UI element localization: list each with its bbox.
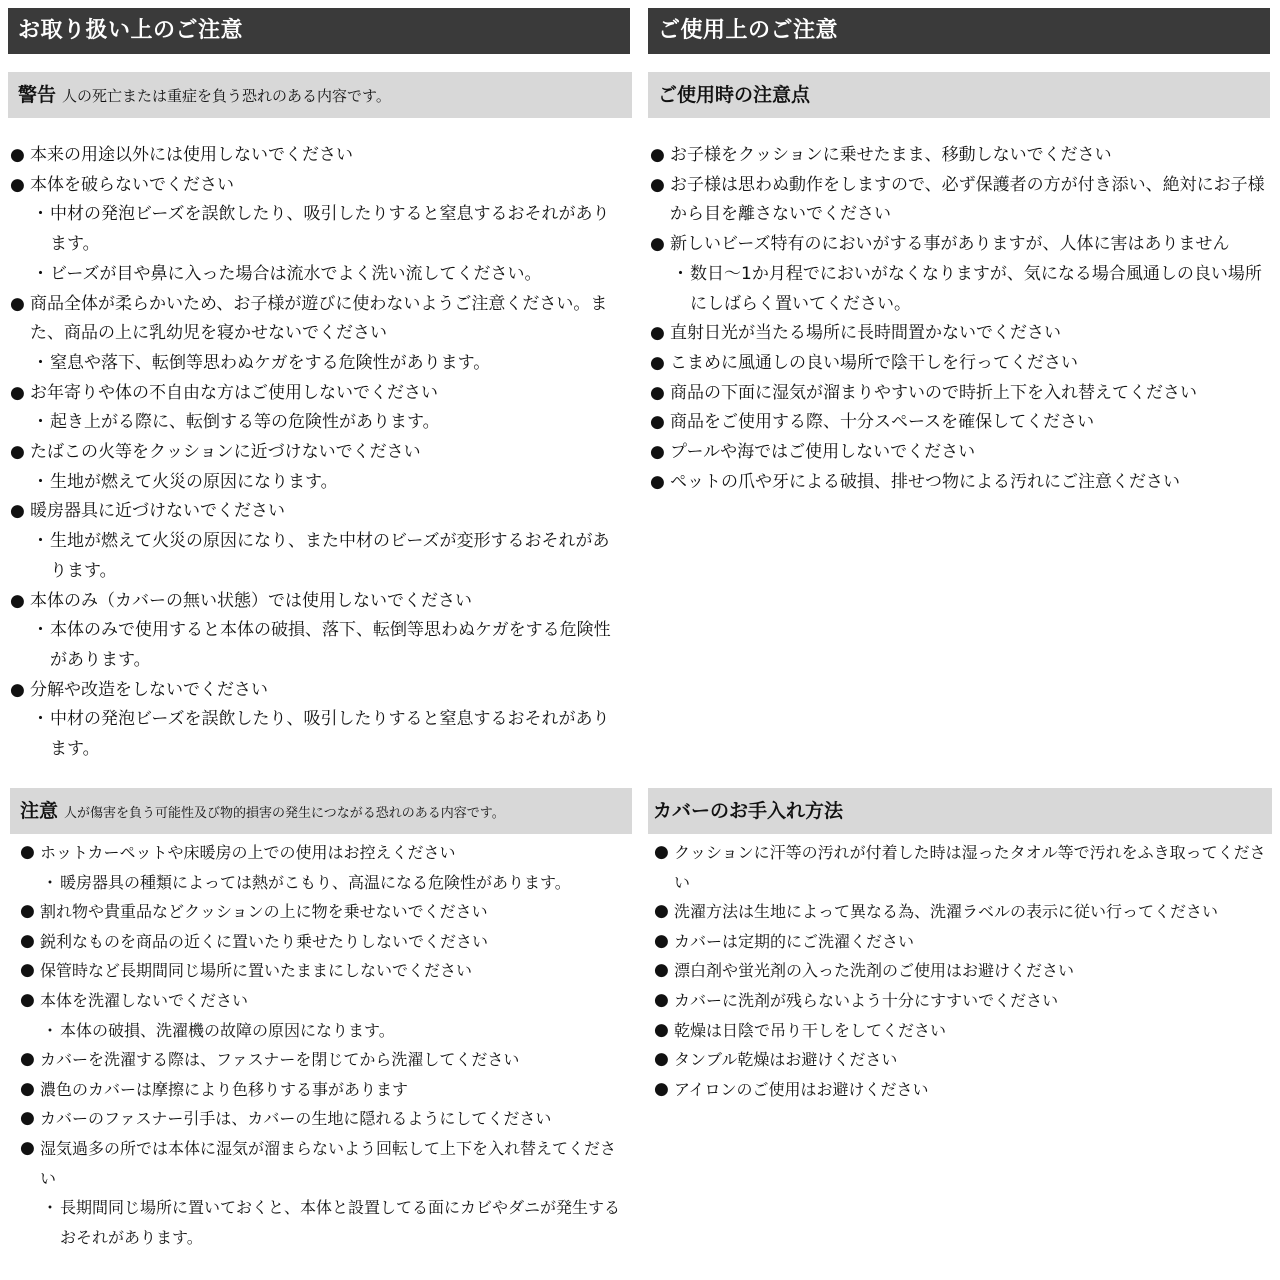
list-item: たばこの火等をクッションに近づけないでください xyxy=(10,438,620,468)
list-item: 洗濯方法は生地によって異なる為、洗濯ラベルの表示に従い行ってください xyxy=(654,897,1276,927)
cover-care-list: クッションに汗等の汚れが付着した時は湿ったタオル等で汚れをふき取ってください洗濯… xyxy=(654,838,1276,1104)
warning-label: 警告 xyxy=(18,84,56,106)
list-item: タンブル乾燥はお避けください xyxy=(654,1045,1276,1075)
list-item: 濃色のカバーは摩擦により色移りする事があります xyxy=(20,1075,620,1105)
list-item: 直射日光が当たる場所に長時間置かないでください xyxy=(650,319,1265,349)
caution-description: 人が傷害を負う可能性及び物的損害の発生につながる恐れのある内容です。 xyxy=(64,806,505,821)
warning-header: 警告人の死亡または重症を負う恐れのある内容です。 xyxy=(8,72,632,118)
list-sub-item: 生地が燃えて火災の原因になり、また中材のビーズが変形するおそれがあります。 xyxy=(10,527,620,586)
caution-label: 注意 xyxy=(20,800,58,822)
list-item: 商品の下面に湿気が溜まりやすいので時折上下を入れ替えてください xyxy=(650,379,1265,409)
list-item: アイロンのご使用はお避けください xyxy=(654,1075,1276,1105)
list-item: 鋭利なものを商品の近くに置いたり乗せたりしないでください xyxy=(20,927,620,957)
list-sub-item: 数日〜1か月程でにおいがなくなりますが、気になる場合風通しの良い場所にしばらく置… xyxy=(650,260,1265,319)
list-item: ペットの爪や牙による破損、排せつ物による汚れにご注意ください xyxy=(650,468,1265,498)
list-sub-item: 長期間同じ場所に置いておくと、本体と設置してる面にカビやダニが発生するおそれがあ… xyxy=(20,1193,620,1252)
list-item: カバーのファスナー引手は、カバーの生地に隠れるようにしてください xyxy=(20,1104,620,1134)
list-item: 漂白剤や蛍光剤の入った洗剤のご使用はお避けください xyxy=(654,956,1276,986)
list-item: 商品全体が柔らかいため、お子様が遊びに使わないようご注意ください。また、商品の上… xyxy=(10,290,620,349)
list-item: 割れ物や貴重品などクッションの上に物を乗せないでください xyxy=(20,897,620,927)
list-item: プールや海ではご使用しないでください xyxy=(650,438,1265,468)
list-item: 商品をご使用する際、十分スペースを確保してください xyxy=(650,408,1265,438)
caution-header: 注意人が傷害を負う可能性及び物的損害の発生につながる恐れのある内容です。 xyxy=(10,788,632,834)
list-sub-item: 窒息や落下、転倒等思わぬケガをする危険性があります。 xyxy=(10,349,620,379)
list-sub-item: 暖房器具の種類によっては熱がこもり、高温になる危険性があります。 xyxy=(20,868,620,898)
list-item: 新しいビーズ特有のにおいがする事がありますが、人体に害はありません xyxy=(650,230,1265,260)
list-item: お子様は思わぬ動作をしますので、必ず保護者の方が付き添い、絶対にお子様から目を離… xyxy=(650,171,1265,230)
warning-list: 本来の用途以外には使用しないでください本体を破らないでください中材の発泡ビーズを… xyxy=(10,141,620,765)
list-item: お子様をクッションに乗せたまま、移動しないでください xyxy=(650,141,1265,171)
usage-precautions-title: ご使用上のご注意 xyxy=(648,8,1270,54)
list-item: 湿気過多の所では本体に湿気が溜まらないよう回転して上下を入れ替えてください xyxy=(20,1134,620,1193)
list-item: 本体を洗濯しないでください xyxy=(20,986,620,1016)
list-sub-item: 生地が燃えて火災の原因になります。 xyxy=(10,468,620,498)
list-item: 分解や改造をしないでください xyxy=(10,676,620,706)
cover-care-header: カバーのお手入れ方法 xyxy=(648,788,1272,834)
list-item: ホットカーペットや床暖房の上での使用はお控えください xyxy=(20,838,620,868)
list-item: 本体のみ（カバーの無い状態）では使用しないでください xyxy=(10,587,620,617)
list-sub-item: 中材の発泡ビーズを誤飲したり、吸引したりすると窒息するおそれがあります。 xyxy=(10,705,620,764)
list-item: 保管時など長期間同じ場所に置いたままにしないでください xyxy=(20,956,620,986)
list-item: 本来の用途以外には使用しないでください xyxy=(10,141,620,171)
list-item: お年寄りや体の不自由な方はご使用しないでください xyxy=(10,379,620,409)
list-item: 暖房器具に近づけないでください xyxy=(10,497,620,527)
handling-precautions-title: お取り扱い上のご注意 xyxy=(8,8,630,54)
cover-care-label: カバーのお手入れ方法 xyxy=(653,800,843,822)
list-item: カバーを洗濯する際は、ファスナーを閉じてから洗濯してください xyxy=(20,1045,620,1075)
list-item: カバーに洗剤が残らないよう十分にすすいでください xyxy=(654,986,1276,1016)
usage-notes-label: ご使用時の注意点 xyxy=(658,84,810,106)
list-sub-item: ビーズが目や鼻に入った場合は流水でよく洗い流してください。 xyxy=(10,260,620,290)
list-sub-item: 本体の破損、洗濯機の故障の原因になります。 xyxy=(20,1016,620,1046)
warning-description: 人の死亡または重症を負う恐れのある内容です。 xyxy=(62,87,391,105)
caution-list: ホットカーペットや床暖房の上での使用はお控えください暖房器具の種類によっては熱が… xyxy=(20,838,620,1252)
usage-notes-header: ご使用時の注意点 xyxy=(648,72,1270,118)
list-item: こまめに風通しの良い場所で陰干しを行ってください xyxy=(650,349,1265,379)
list-item: 本体を破らないでください xyxy=(10,171,620,201)
list-sub-item: 起き上がる際に、転倒する等の危険性があります。 xyxy=(10,408,620,438)
list-item: 乾燥は日陰で吊り干しをしてください xyxy=(654,1016,1276,1046)
usage-notes-list: お子様をクッションに乗せたまま、移動しないでくださいお子様は思わぬ動作をしますの… xyxy=(650,141,1265,497)
list-item: クッションに汗等の汚れが付着した時は湿ったタオル等で汚れをふき取ってください xyxy=(654,838,1276,897)
list-sub-item: 中材の発泡ビーズを誤飲したり、吸引したりすると窒息するおそれがあります。 xyxy=(10,200,620,259)
list-sub-item: 本体のみで使用すると本体の破損、落下、転倒等思わぬケガをする危険性があります。 xyxy=(10,616,620,675)
list-item: カバーは定期的にご洗濯ください xyxy=(654,927,1276,957)
